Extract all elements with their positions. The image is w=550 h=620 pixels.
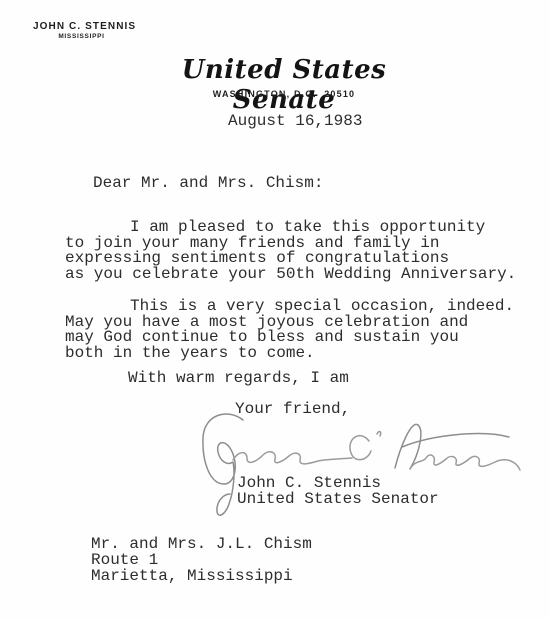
sender-state: MISSISSIPPI (33, 33, 130, 40)
sender-name: JOHN C. STENNIS (33, 21, 136, 32)
paragraph-1: I am pleased to take this opportunity to… (65, 220, 550, 282)
signed-name-title: John C. Stennis United States Senator (237, 476, 439, 507)
paragraph-2: This is a very special occasion, indeed.… (65, 299, 550, 361)
letter-date: August 16,1983 (228, 114, 362, 130)
letterhead-title: United States Senate (150, 55, 418, 115)
letterhead-city: WASHINGTON, D.C. 20510 (150, 89, 418, 99)
recipient-address: Mr. and Mrs. J.L. Chism Route 1 Marietta… (91, 536, 312, 584)
closing-line: With warm regards, I am (128, 371, 349, 387)
letter-page: JOHN C. STENNIS MISSISSIPPI United State… (0, 0, 550, 620)
salutation: Dear Mr. and Mrs. Chism: (93, 176, 323, 192)
